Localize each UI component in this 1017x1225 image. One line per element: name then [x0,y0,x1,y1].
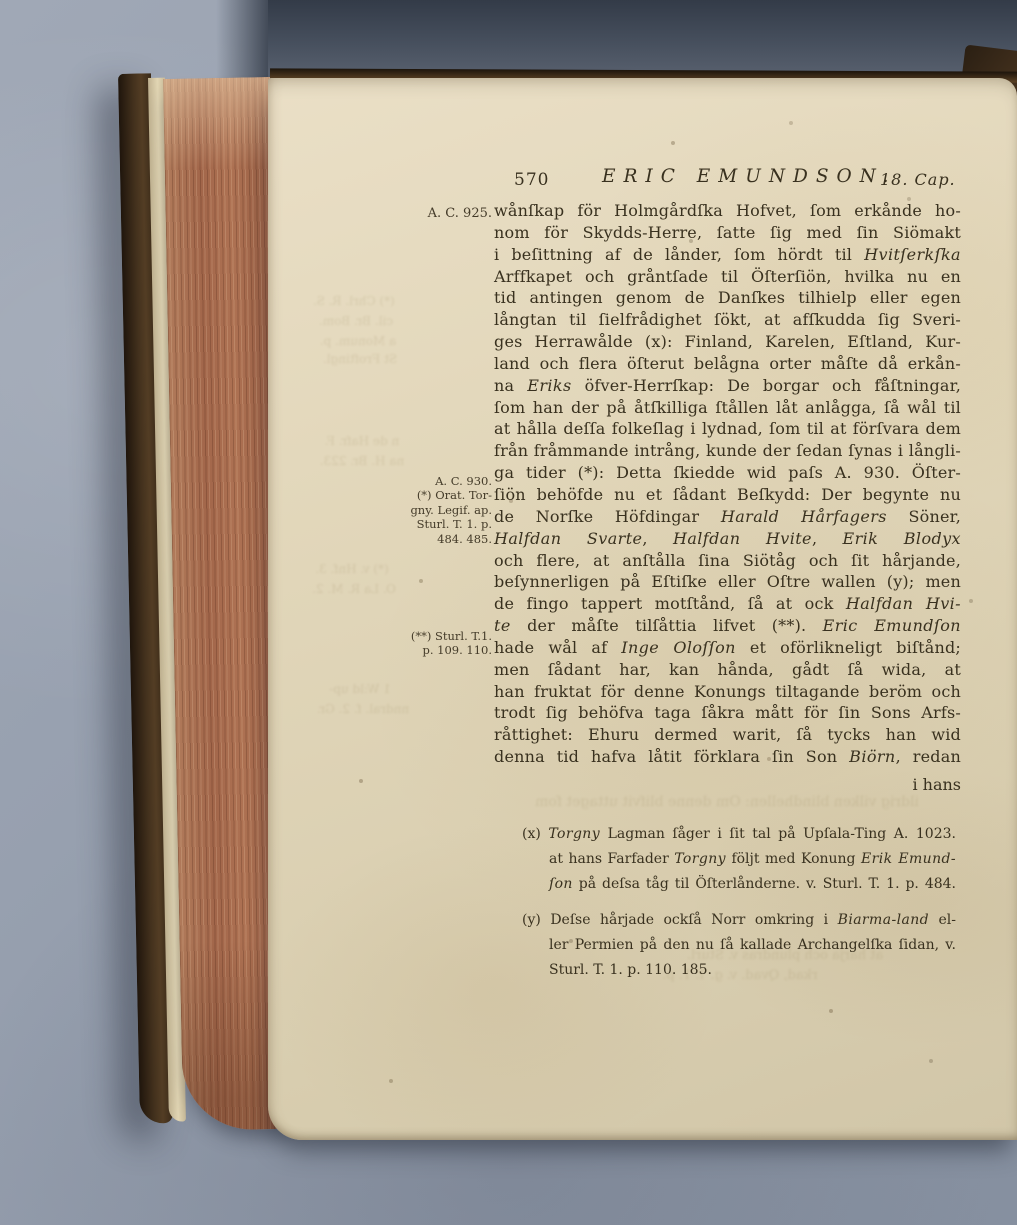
body-text-line: ges Herrawålde (x): Finland, Karelen, Eſ… [494,331,961,353]
footnote: (x) Torgny Lagman ſåger i ſit tal på Upſ… [522,822,956,897]
text-segment: långtan til ſielfrådighet ſökt, at afſku… [494,310,961,329]
body-text-line: ga tider (*): Detta ſkiedde wid paſs A. … [494,462,961,484]
text-segment: men ſådant har, kan hånda, gådt ſå wida,… [494,660,961,679]
body-text-line: ſom han der på åtſkilliga ſtållen låt an… [494,397,961,419]
paper-specks [268,78,270,80]
text-segment: beſynnerligen på Eſtiſke eller Oſtre wal… [494,572,961,591]
margin-note-line: 484. 485. [390,532,492,546]
footnote-line: ſon på deſsa tåg til Öſterlånderne. v. S… [522,872,956,897]
footnote-line: (y) Deſse hårjade ockſå Norr omkring i B… [522,908,956,933]
text-segment: Torgny [548,826,600,842]
bleedthrough-text: 1 W:ld up- [300,682,420,696]
text-segment: Hvitſerkſka [864,245,961,264]
bleedthrough-text: St Froftingl. [300,352,420,366]
text-segment: Harald Hårfagers [721,507,887,526]
text-segment: Söner, [887,507,961,526]
text-segment: Torgny [674,851,726,867]
text-segment: , [642,529,673,548]
margin-note: A. C. 925. [396,206,492,221]
bleedthrough-text: n de Hafr. F. [302,434,422,448]
text-segment: (y) Deſse hårjade ockſå Norr omkring i [522,912,838,928]
text-segment: de fingo tappert motſtånd, ſå at ock [494,594,846,613]
bleedthrough-text: na H. Br. 223. [302,454,422,468]
body-text-line: från fråmmande intrång, kunde der ſedan … [494,440,961,462]
chapter-label: 18. Cap. [880,170,956,189]
running-title: ERIC EMUNDSON. [602,166,897,187]
text-segment: na [494,376,527,395]
body-text-line: denna tid hafva låtit förklara ſin Son B… [494,746,961,768]
body-text-line: ſiön behöfde nu et ſådant Beſkydd: Der b… [494,484,961,506]
margin-note-line: A. C. 930. [390,474,492,488]
text-segment: följt med Konung [726,851,861,867]
body-text-line: te der måſte tilſåttia lifvet (**). Eric… [494,615,961,637]
text-segment: råttighet: Ehuru dermed warit, ſå tycks … [494,725,961,744]
body-text-line: nom för Skydds-Herre, ſatte ſig med ſin … [494,222,961,244]
text-segment: (x) [522,826,548,842]
text-segment: nom för Skydds-Herre, ſatte ſig med ſin … [494,223,961,242]
body-text-line: han fruktat för denne Konungs tiltagande… [494,681,961,703]
footnotes: (x) Torgny Lagman ſåger i ſit tal på Upſ… [522,822,956,983]
text-segment: , redan [896,747,961,766]
text-segment: Halfdan Hvi- [846,594,961,613]
text-segment: Arffkapet och gråntſade til Öſterſiön, h… [494,267,961,286]
margin-note: (**) Sturl. T.1.p. 109. 110. [384,629,492,658]
text-segment: Halfdan Svarte [494,529,642,548]
text-segment: Inge Oloſſon [621,638,736,657]
page-number: 570 [514,170,549,190]
bleedthrough-text: (*) Chrl. R. S. [294,294,414,308]
book-page: (*) Chrl. R. S.cil. Br. Bom.a Monum. p.S… [268,78,1017,1140]
text-segment: trodt ſig behöfva taga ſåkra mått för ſi… [494,703,961,722]
bleedthrough-text: nndral. f. 2. Gr. [298,702,428,716]
margin-note-line: (*) Orat. Tor- [390,488,492,502]
text-segment: der måſte tilſåttia lifvet (**). [511,616,823,635]
text-segment: Eric Emundſon [823,616,961,635]
text-segment: på deſsa tåg til Öſterlånderne. v. Sturl… [573,876,956,892]
text-segment: Halfdan Hvite [673,529,812,548]
body-text-line: trodt ſig behöfva taga ſåkra mått för ſi… [494,702,961,724]
bleedthrough-text: cil. Br. Bom. [296,314,416,328]
text-segment: Erik Blodyx [843,529,961,548]
footnote: (y) Deſse hårjade ockſå Norr omkring i B… [522,908,956,983]
text-segment: ges Herrawålde (x): Finland, Karelen, Eſ… [494,332,961,351]
book-photo-scene: (*) Chrl. R. S.cil. Br. Bom.a Monum. p.S… [0,0,1017,1225]
margin-note-line: Sturl. T. 1. p. [390,517,492,531]
body-text-line: land och flera öſterut belågna orter måſ… [494,353,961,375]
body-text-line: och flere, at anſtålla ſina Siötåg och ſ… [494,550,961,572]
text-segment: hade wål af [494,638,621,657]
text-segment: Eriks [527,376,571,395]
text-segment: från fråmmande intrång, kunde der ſedan … [494,441,961,460]
text-segment: wånſkap för Holmgårdſka Hofvet, ſom erkå… [494,201,961,220]
text-segment: ler Permien på den nu ſå kallade Archang… [549,937,956,953]
text-segment: Biörn [849,747,895,766]
text-segment: Erik Emund- [861,851,956,867]
text-segment: at hålla deſſa folkeſlag i lydnad, ſom t… [494,419,961,438]
body-text-line: tid antingen genom de Danſkes tilhielp e… [494,287,961,309]
body-text-line: de fingo tappert motſtånd, ſå at ock Hal… [494,593,961,615]
margin-note: A. C. 930.(*) Orat. Tor-gny. Legif. ap.S… [390,474,492,546]
body-text-line: at hålla deſſa folkeſlag i lydnad, ſom t… [494,418,961,440]
body-text-line: de Norſke Höfdingar Harald Hårfagers Sön… [494,506,961,528]
text-segment: at hans Farfader [549,851,674,867]
body-text-line: wånſkap för Holmgårdſka Hofvet, ſom erkå… [494,200,961,222]
text-segment: ſiön behöfde nu et ſådant Beſkydd: Der b… [494,485,961,504]
bleedthrough-text: ildrig vilken blindhellen: Om denne blif… [496,794,958,810]
margin-note-line: gny. Legif. ap. [390,503,492,517]
text-segment: och flere, at anſtålla ſina Siötåg och ſ… [494,551,961,570]
footnote-line: at hans Farfader Torgny följt med Konung… [522,847,956,872]
body-text-line: i beſittning af de lånder, ſom hördt til… [494,244,961,266]
body-text-line: Halfdan Svarte, Halfdan Hvite, Erik Blod… [494,528,961,550]
catchword: i hans [494,775,961,795]
body-text-line: hade wål af Inge Oloſſon et oförliknelig… [494,637,961,659]
body-text-line: råttighet: Ehuru dermed warit, ſå tycks … [494,724,961,746]
text-segment: i beſittning af de lånder, ſom hördt til [494,245,864,264]
text-segment: han fruktat för denne Konungs tiltagande… [494,682,961,701]
footnote-line: Sturl. T. 1. p. 110. 185. [522,958,956,983]
body-text-line: beſynnerligen på Eſtiſke eller Oſtre wal… [494,571,961,593]
text-segment: ſom han der på åtſkilliga ſtållen låt an… [494,398,961,417]
footnote-line: (x) Torgny Lagman ſåger i ſit tal på Upſ… [522,822,956,847]
top-shadow-fade [216,0,270,80]
text-segment: de Norſke Höfdingar [494,507,721,526]
text-segment: Sturl. T. 1. p. 110. 185. [549,962,712,978]
text-segment: Biarma-land [838,912,929,928]
text-segment: el- [929,912,956,928]
text-segment: denna tid hafva låtit förklara ſin Son [494,747,849,766]
body-text-line: Arffkapet och gråntſade til Öſterſiön, h… [494,266,961,288]
text-segment: Lagman ſåger i ſit tal på Upſala-Ting A.… [600,826,956,842]
text-segment: öfver-Herrſkap: De borgar och fåſtningar… [572,376,961,395]
text-segment: te [494,616,511,635]
bleedthrough-text: (*) v. Hnf. 3. [292,562,412,576]
text-segment: ga tider (*): Detta ſkiedde wid paſs A. … [494,463,961,482]
text-segment: , [812,529,843,548]
margin-note-line: (**) Sturl. T.1. [384,629,492,643]
body-text-line: långtan til ſielfrådighet ſökt, at afſku… [494,309,961,331]
body-text: wånſkap för Holmgårdſka Hofvet, ſom erkå… [494,200,961,768]
body-text-line: na Eriks öfver-Herrſkap: De borgar och f… [494,375,961,397]
text-segment: ſon [549,876,573,892]
bleedthrough-text: a Monum. p. [298,334,418,348]
body-text-line: men ſådant har, kan hånda, gådt ſå wida,… [494,659,961,681]
margin-note-line: p. 109. 110. [384,643,492,657]
text-segment: et oförlikneligt biſtånd; [736,638,961,657]
text-segment: tid antingen genom de Danſkes tilhielp e… [494,288,961,307]
margin-note-line: A. C. 925. [396,206,492,221]
footnote-line: ler Permien på den nu ſå kallade Archang… [522,933,956,958]
bleedthrough-text: O. La R. M. 2. [294,582,414,596]
text-segment: land och flera öſterut belågna orter måſ… [494,354,961,373]
